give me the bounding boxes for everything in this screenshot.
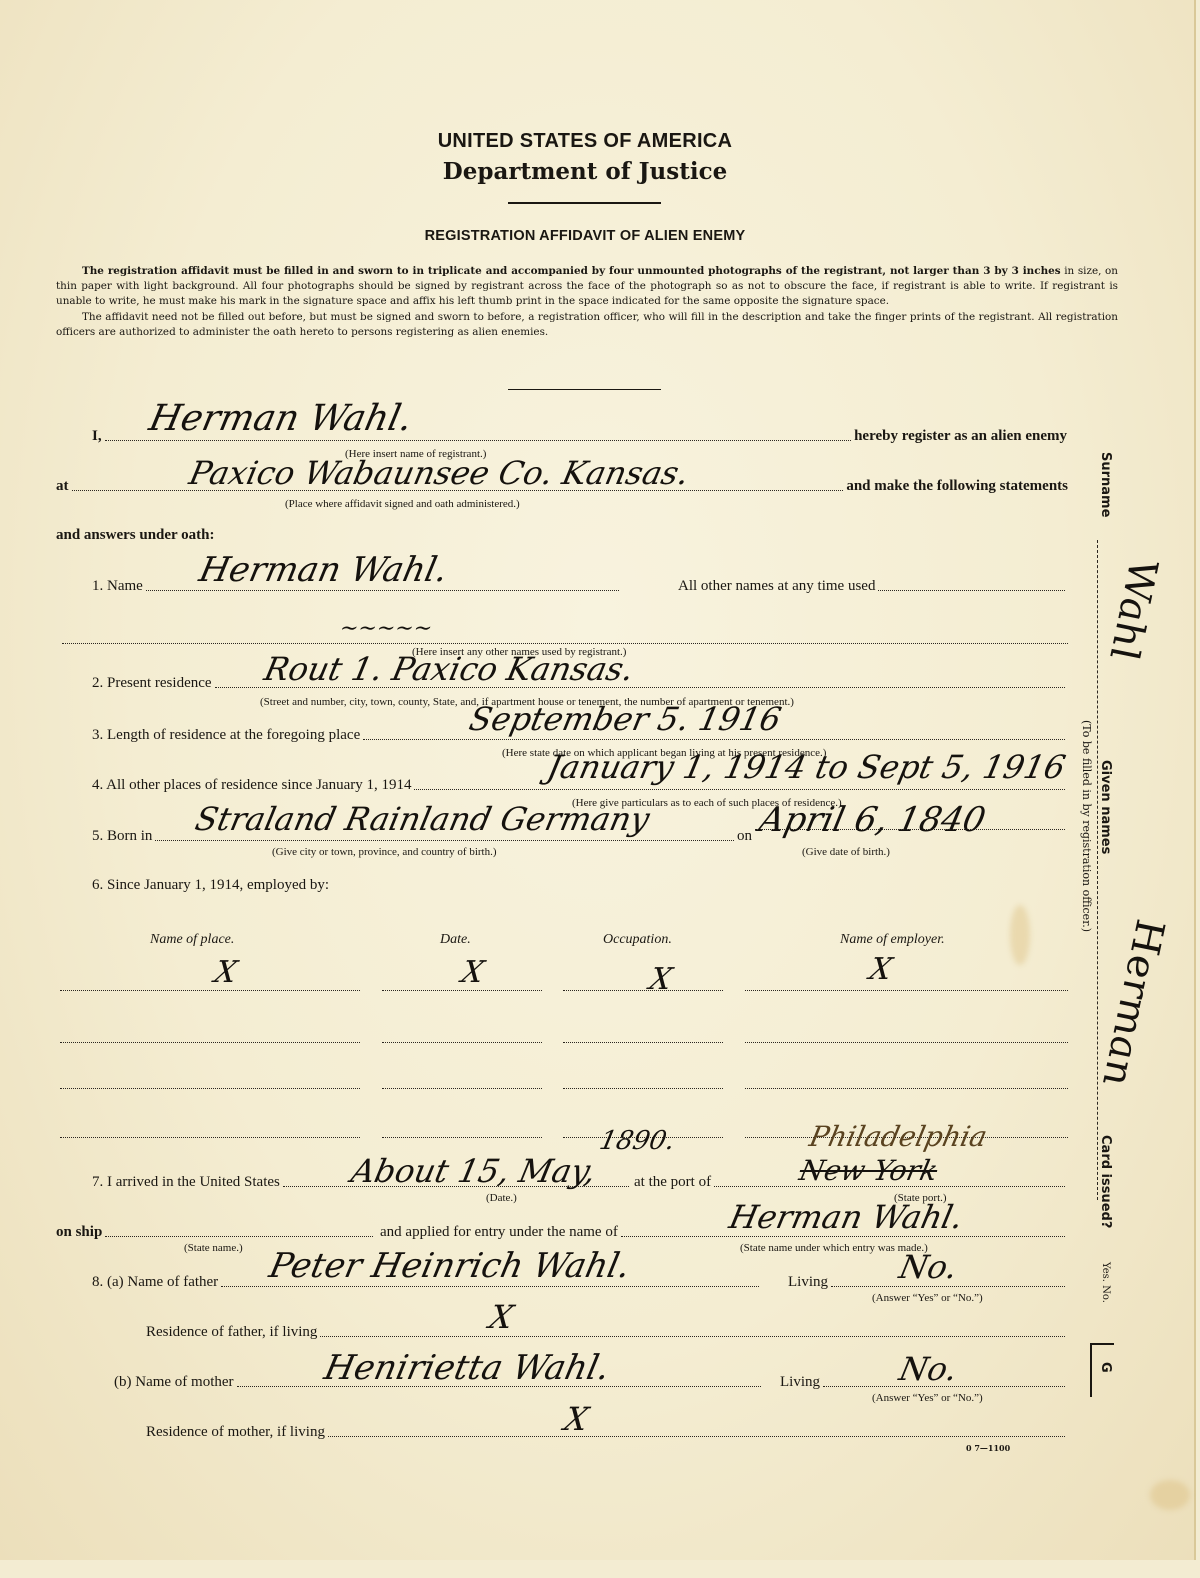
q6-col-name-of-place: Name of place. bbox=[150, 932, 234, 948]
q7-ship-field[interactable] bbox=[105, 1235, 373, 1237]
q8-father-living-value: No. bbox=[896, 1248, 961, 1286]
q1-name-value: Herman Wahl. bbox=[196, 550, 452, 590]
q8-father-living-label: Living bbox=[788, 1274, 828, 1291]
q8-father-value: Peter Heinrich Wahl. bbox=[266, 1246, 634, 1286]
q8-father-living-caption: (Answer “Yes” or “No.”) bbox=[872, 1292, 983, 1304]
q7-port-label: at the port of bbox=[634, 1174, 711, 1191]
place-caption: (Place where affidavit signed and oath a… bbox=[285, 498, 520, 510]
prefix-i: I, bbox=[92, 428, 102, 445]
answers-label: and answers under oath: bbox=[56, 527, 215, 544]
department-heading: Department of Justice bbox=[0, 158, 1170, 185]
q7-port-correction-value: Philadelphia bbox=[806, 1120, 990, 1153]
q5-label: 5. Born in bbox=[92, 828, 152, 845]
q8-mother-label: (b) Name of mother bbox=[114, 1374, 234, 1391]
q8-mother-living-caption: (Answer “Yes” or “No.”) bbox=[872, 1392, 983, 1404]
q6-r2-employer-field[interactable] bbox=[745, 1042, 1068, 1043]
header-rule bbox=[508, 202, 661, 204]
q7-ship-row: on ship bbox=[56, 1224, 376, 1241]
q1-other-names-line[interactable] bbox=[62, 643, 1068, 644]
paper-stain bbox=[1150, 1480, 1190, 1510]
q6-r2-date-field[interactable] bbox=[382, 1042, 542, 1043]
instructions-paragraph-1: The registration affidavit must be fille… bbox=[56, 264, 1118, 310]
card-issued-label: Card issued? bbox=[1098, 1135, 1113, 1228]
q8-mother-residence-field[interactable] bbox=[328, 1435, 1065, 1437]
q6-r2-occupation-field[interactable] bbox=[563, 1042, 723, 1043]
section-rule bbox=[508, 389, 661, 390]
q1-other-names-value: ~~~~~ bbox=[337, 616, 434, 641]
q6-col-name-of-employer: Name of employer. bbox=[840, 932, 945, 948]
q6-label: 6. Since January 1, 1914, employed by: bbox=[92, 877, 329, 894]
q7-entry-caption: (State name under which entry was made.) bbox=[740, 1242, 928, 1254]
q5-date-caption: (Give date of birth.) bbox=[802, 846, 890, 858]
q2-label: 2. Present residence bbox=[92, 675, 212, 692]
q6-r4-place-field[interactable] bbox=[60, 1137, 360, 1138]
form-number: 0 7—1100 bbox=[966, 1443, 1010, 1453]
q6-r3-date-field[interactable] bbox=[382, 1088, 542, 1089]
q6-r1-occupation-value: X bbox=[646, 962, 675, 997]
instructions-paragraph-2: The affidavit need not be filled out bef… bbox=[56, 310, 1118, 340]
register-suffix: hereby register as an alien enemy bbox=[854, 428, 1067, 445]
q5-birthdate-value: April 6, 1840 bbox=[756, 800, 989, 840]
document-page: UNITED STATES OF AMERICA Department of J… bbox=[0, 0, 1196, 1560]
instructions-p1-lead: The registration affidavit must be fille… bbox=[82, 265, 1061, 277]
q6-r3-place-field[interactable] bbox=[60, 1088, 360, 1089]
q6-r4-date-field[interactable] bbox=[382, 1137, 542, 1138]
q8-father-label: 8. (a) Name of father bbox=[92, 1274, 218, 1291]
q4-label: 4. All other places of residence since J… bbox=[92, 777, 411, 794]
q3-length-field[interactable] bbox=[363, 738, 1065, 740]
q2-residence-value: Rout 1. Paxico Kansas. bbox=[261, 650, 637, 688]
prefix-at: at bbox=[56, 478, 69, 495]
q8-father-residence-row: Residence of father, if living bbox=[146, 1324, 1068, 1341]
given-names-label: Given names bbox=[1098, 760, 1113, 854]
registrant-name-value: Herman Wahl. bbox=[146, 398, 416, 439]
country-heading: UNITED STATES OF AMERICA bbox=[0, 130, 1170, 153]
form-title: REGISTRATION AFFIDAVIT OF ALIEN ENEMY bbox=[0, 228, 1170, 244]
q7-port-struck-value: New York bbox=[796, 1154, 940, 1187]
q7-year-value: 1890. bbox=[597, 1126, 678, 1156]
q1-other-names-label: All other names at any time used bbox=[678, 578, 875, 595]
q7-entry-label: and applied for entry under the name of bbox=[380, 1224, 618, 1241]
q1-other-names-field[interactable] bbox=[878, 589, 1065, 591]
q1-label: 1. Name bbox=[92, 578, 143, 595]
q5-on-label: on bbox=[737, 828, 752, 845]
q8-mother-residence-label: Residence of mother, if living bbox=[146, 1424, 325, 1441]
q6-r2-place-field[interactable] bbox=[60, 1042, 360, 1043]
q6-r1-date-value: X bbox=[458, 955, 487, 990]
q7-entry-row: and applied for entry under the name of bbox=[380, 1224, 1068, 1241]
paper-stain bbox=[1010, 905, 1030, 965]
surname-label: Surname bbox=[1098, 452, 1113, 517]
q8-mother-living-value: No. bbox=[896, 1350, 961, 1388]
q8-mother-value: Henirietta Wahl. bbox=[321, 1348, 614, 1388]
place-value: Paxico Wabaunsee Co. Kansas. bbox=[186, 454, 693, 492]
q6-r3-employer-field[interactable] bbox=[745, 1088, 1068, 1089]
q5-birthplace-field[interactable] bbox=[155, 839, 734, 841]
q3-label: 3. Length of residence at the foregoing … bbox=[92, 727, 360, 744]
statements-suffix: and make the following statements bbox=[846, 478, 1068, 495]
q4-other-residence-field[interactable] bbox=[414, 788, 1065, 790]
q6-r3-occupation-field[interactable] bbox=[563, 1088, 723, 1089]
q6-r1-place-field[interactable] bbox=[60, 990, 360, 991]
q6-col-occupation: Occupation. bbox=[603, 932, 672, 948]
q3-length-value: September 5. 1916 bbox=[466, 700, 785, 738]
q4-other-residence-value: January 1, 1914 to Sept 5, 1916 bbox=[544, 748, 1069, 786]
q5-birthplace-value: Straland Rainland Germany bbox=[192, 800, 653, 838]
q6-col-date: Date. bbox=[440, 932, 471, 948]
q8-mother-residence-row: Residence of mother, if living bbox=[146, 1424, 1068, 1441]
q6-r1-occupation-field[interactable] bbox=[563, 990, 723, 991]
g-box-label: G bbox=[1098, 1362, 1113, 1373]
q6-r1-place-value: X bbox=[211, 955, 240, 990]
officer-note: (To be filled in by registration officer… bbox=[1080, 720, 1093, 932]
q7-label: 7. I arrived in the United States bbox=[92, 1174, 280, 1191]
q7-ship-label: on ship bbox=[56, 1224, 102, 1241]
q8-father-residence-field[interactable] bbox=[320, 1335, 1065, 1337]
q7-ship-caption: (State name.) bbox=[184, 1242, 243, 1254]
q5-place-caption: (Give city or town, province, and countr… bbox=[272, 846, 497, 858]
q7-date-value: About 15, May, bbox=[348, 1152, 599, 1190]
instructions-block: The registration affidavit must be fille… bbox=[56, 264, 1118, 340]
q6-r1-employer-value: X bbox=[866, 952, 895, 987]
q7-entry-value: Herman Wahl. bbox=[726, 1198, 967, 1236]
registrant-name-field[interactable] bbox=[105, 439, 852, 441]
q8-father-residence-label: Residence of father, if living bbox=[146, 1324, 317, 1341]
q8-mother-living-label: Living bbox=[780, 1374, 820, 1391]
q7-date-caption: (Date.) bbox=[486, 1192, 517, 1204]
q6-r1-date-field[interactable] bbox=[382, 990, 542, 991]
q1-other-names-row: All other names at any time used bbox=[678, 578, 1068, 595]
q6-r1-employer-field[interactable] bbox=[745, 990, 1068, 991]
card-issued-options[interactable]: Yes. No. bbox=[1100, 1262, 1111, 1303]
